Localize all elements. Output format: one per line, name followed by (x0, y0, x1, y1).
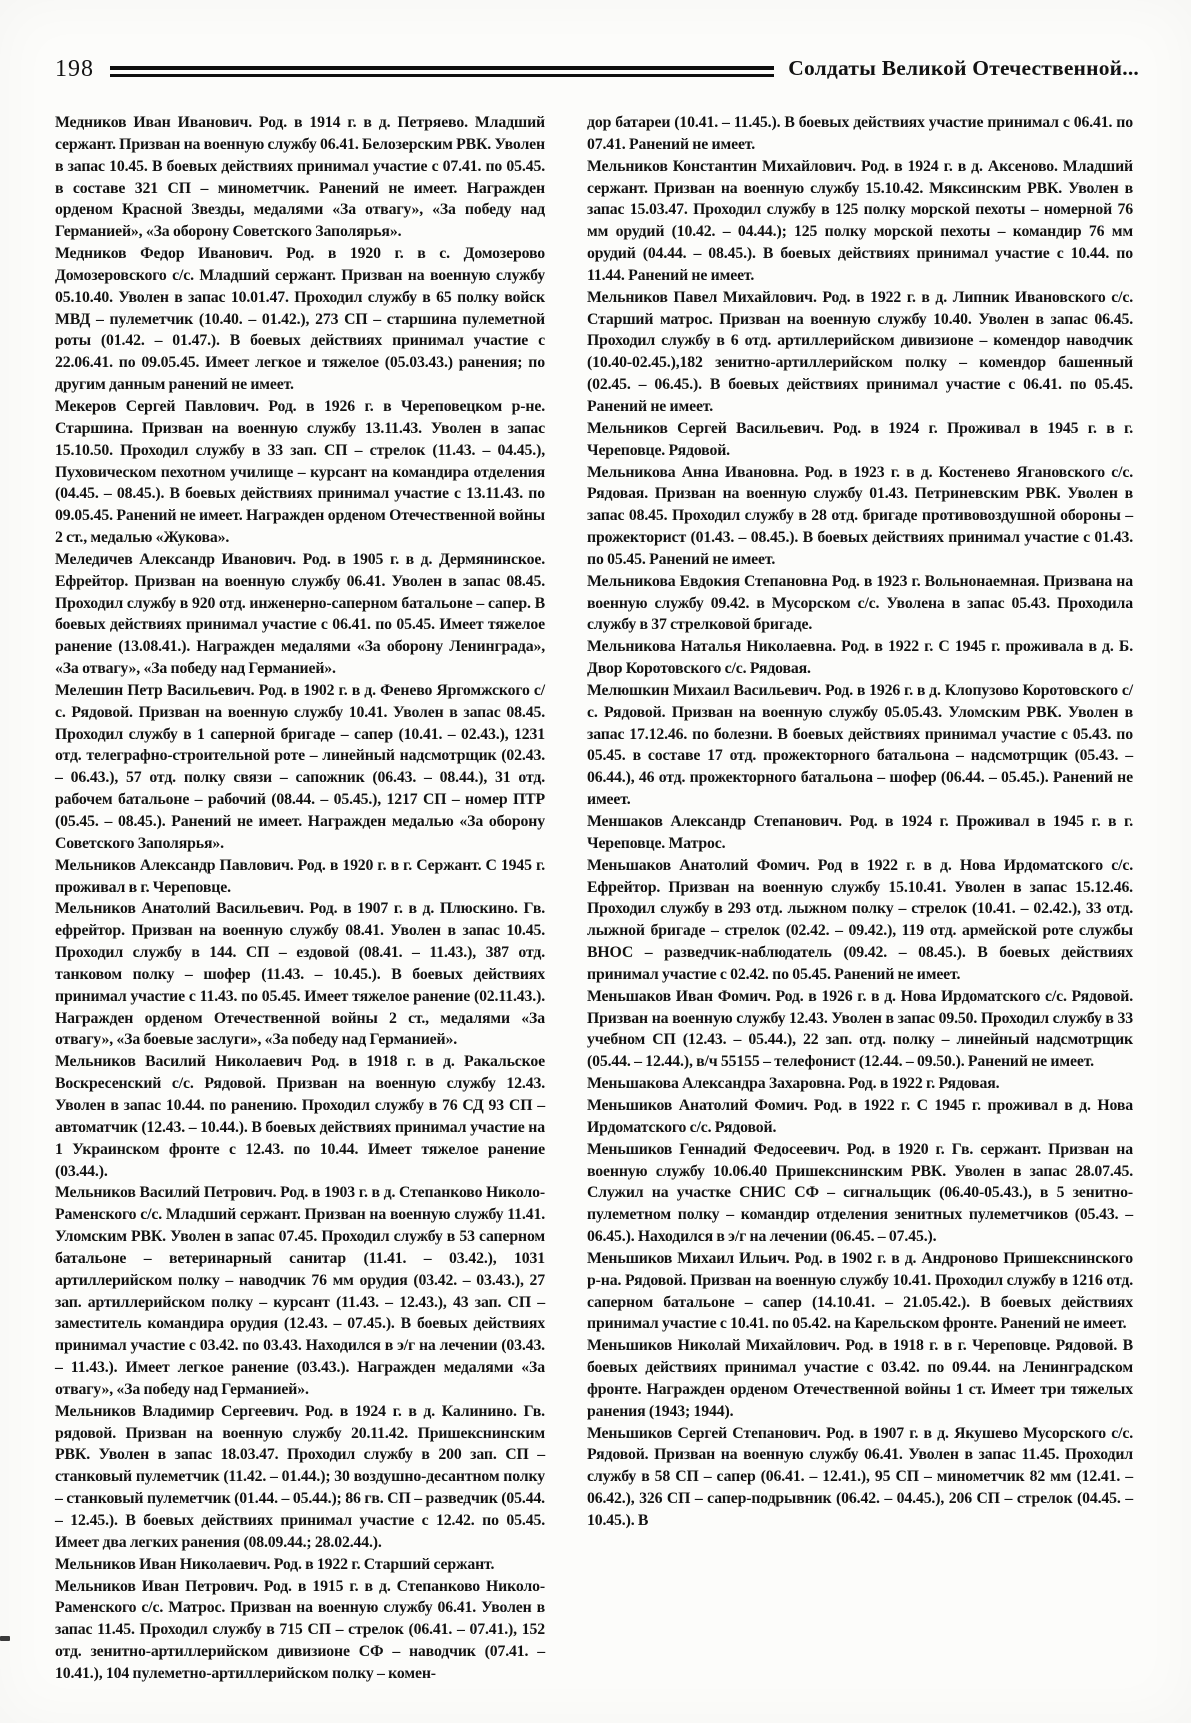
entry-melnikov-konstantin: Мельников Константин Михайлович. Род. в … (587, 156, 1133, 287)
entry-mednikov-ivan: Медников Иван Иванович. Род. в 1914 г. в… (55, 112, 545, 243)
entry-meleshin-petr: Мелешин Петр Васильевич. Род. в 1902 г. … (55, 680, 545, 855)
entry-menshikov-sergey: Меньшиков Сергей Степанович. Род. в 1907… (587, 1423, 1133, 1532)
entry-continuation: дор батареи (10.41. – 11.45.). В боевых … (587, 112, 1133, 156)
entry-meledichev-aleksandr: Меледичев Александр Иванович. Род. в 190… (55, 549, 545, 680)
entry-melnikov-vasiliy-petrovich: Мельников Василий Петрович. Род. в 1903 … (55, 1182, 545, 1400)
entry-menshakova-aleksandra: Меньшакова Александра Захаровна. Род. в … (587, 1073, 1133, 1095)
entry-mekerov-sergey: Мекеров Сергей Павлович. Род. в 1926 г. … (55, 396, 545, 549)
entry-melnikova-natalya: Мельникова Наталья Николаевна. Род. в 19… (587, 636, 1133, 680)
header-double-rule (110, 66, 774, 77)
entry-melnikova-anna: Мельникова Анна Ивановна. Род. в 1923 г.… (587, 462, 1133, 571)
entry-melnikov-pavel: Мельников Павел Михайлович. Род. в 1922 … (587, 287, 1133, 418)
entry-mednikov-fedor: Медников Федор Иванович. Род. в 1920 г. … (55, 243, 545, 396)
entry-melnikov-aleksandr: Мельников Александр Павлович. Род. в 192… (55, 855, 545, 899)
entry-melnikov-ivan-petrovich: Мельников Иван Петрович. Род. в 1915 г. … (55, 1576, 545, 1685)
entry-melnikova-evdokiya: Мельникова Евдокия Степановна Род. в 192… (587, 571, 1133, 637)
entry-melnikov-vladimir: Мельников Владимир Сергеевич. Род. в 192… (55, 1401, 545, 1554)
entry-menshakov-anatoliy: Меньшаков Анатолий Фомич. Род в 1922 г. … (587, 855, 1133, 986)
entry-menshakov-ivan: Меньшаков Иван Фомич. Род. в 1926 г. в д… (587, 986, 1133, 1073)
entry-menshakov-aleksandr: Меншаков Александр Степанович. Род. в 19… (587, 811, 1133, 855)
right-column: дор батареи (10.41. – 11.45.). В боевых … (587, 112, 1133, 1685)
entry-melnikov-sergey: Мельников Сергей Васильевич. Род. в 1924… (587, 418, 1133, 462)
header-title: Солдаты Великой Отечественной... (788, 58, 1139, 80)
entry-melnikov-vasiliy-nikolaevich: Мельников Василий Николаевич Род. в 1918… (55, 1051, 545, 1182)
page-header: 198 Солдаты Великой Отечественной... (55, 52, 1139, 86)
book-page: 198 Солдаты Великой Отечественной... Мед… (0, 0, 1191, 1723)
left-column: Медников Иван Иванович. Род. в 1914 г. в… (55, 112, 545, 1685)
entry-melnikov-ivan-nikolaevich: Мельников Иван Николаевич. Род. в 1922 г… (55, 1554, 545, 1576)
scan-artifact (0, 1636, 10, 1641)
entry-menshikov-nikolay: Меньшиков Николай Михайлович. Род. в 191… (587, 1335, 1133, 1422)
page-number: 198 (55, 57, 94, 81)
text-columns: Медников Иван Иванович. Род. в 1914 г. в… (55, 112, 1139, 1685)
entry-menshikov-mikhail: Меньшиков Михаил Ильич. Род. в 1902 г. в… (587, 1248, 1133, 1335)
entry-melnikov-anatoliy: Мельников Анатолий Васильевич. Род. в 19… (55, 898, 545, 1051)
entry-menshikov-anatoliy: Меньшиков Анатолий Фомич. Род. в 1922 г.… (587, 1095, 1133, 1139)
entry-melyushkin-mikhail: Мелюшкин Михаил Васильевич. Род. в 1926 … (587, 680, 1133, 811)
entry-menshikov-gennadiy: Меньшиков Геннадий Федосеевич. Род. в 19… (587, 1139, 1133, 1248)
